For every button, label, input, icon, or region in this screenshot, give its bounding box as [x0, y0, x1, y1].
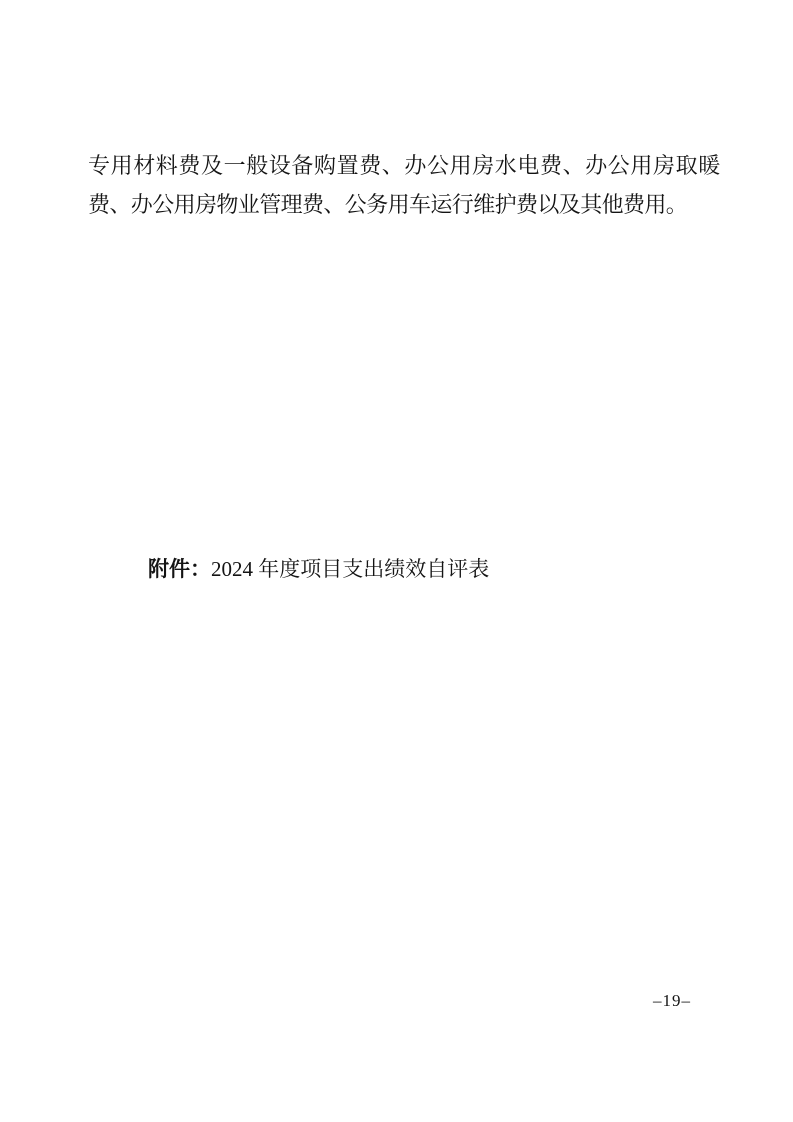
body-paragraph: 专用材料费及一般设备购置费、办公用房水电费、办公用房取暖 费、办公用房物业管理费… [88, 146, 720, 224]
document-page: 专用材料费及一般设备购置费、办公用房水电费、办公用房取暖 费、办公用房物业管理费… [0, 0, 793, 1122]
page-number: –19– [612, 991, 732, 1011]
paragraph-line-2: 费、办公用房物业管理费、公务用车运行维护费以及其他费用。 [88, 185, 720, 224]
attachment-label: 附件： [148, 557, 211, 581]
attachment-title: 2024 年度项目支出绩效自评表 [211, 557, 489, 581]
attachment-line: 附件：2024 年度项目支出绩效自评表 [148, 553, 489, 585]
paragraph-line-1: 专用材料费及一般设备购置费、办公用房水电费、办公用房取暖 [88, 146, 720, 185]
